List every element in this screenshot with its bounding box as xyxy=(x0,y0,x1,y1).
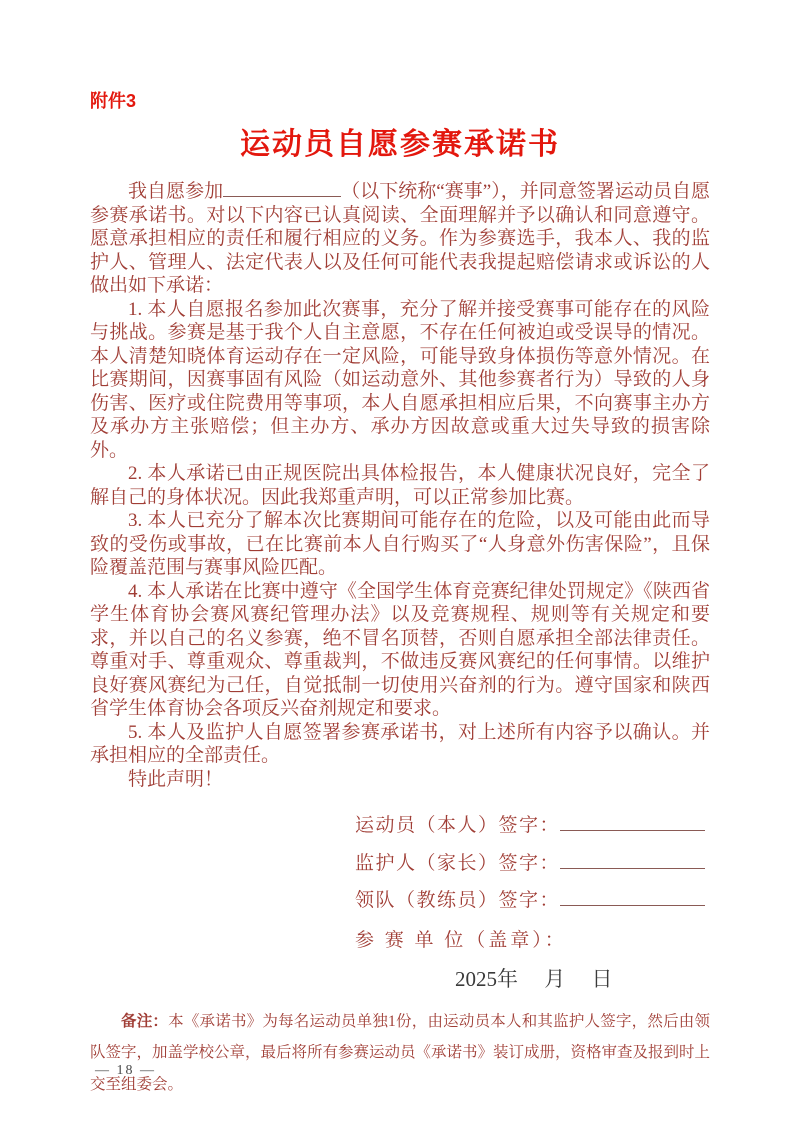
clause-paragraph-5: 5. 本人及监护人自愿签署参赛承诺书，对上述所有内容予以确认。并承担相应的全部责… xyxy=(90,721,710,768)
clause-paragraph-1: 1. 本人自愿报名参加此次赛事，充分了解并接受赛事可能存在的风险与挑战。参赛是基… xyxy=(90,298,710,463)
date-line: 2025年 月 日 xyxy=(455,964,710,994)
note-label: 备注： xyxy=(121,1013,168,1030)
athlete-signature-line: 运动员（本人）签字： xyxy=(355,807,710,845)
document-body: 我自愿参加（以下统称“赛事”），并同意签署运动员自愿参赛承诺书。对以下内容已认真… xyxy=(90,180,710,791)
page-number: — 18 — xyxy=(95,1063,156,1079)
clause-paragraph-4: 4. 本人承诺在比赛中遵守《全国学生体育竞赛纪律处罚规定》《陕西省学生体育协会赛… xyxy=(90,580,710,721)
leader-signature-label: 领队（教练员）签字： xyxy=(355,890,560,911)
clause-paragraph-3: 3. 本人已充分了解本次比赛期间可能存在的危险，以及可能由此而导致的受伤或事故，… xyxy=(90,509,710,580)
page-title: 运动员自愿参赛承诺书 xyxy=(90,126,710,164)
declaration-line: 特此声明！ xyxy=(90,768,710,792)
event-name-fill-in-blank xyxy=(223,180,341,197)
athlete-signature-label: 运动员（本人）签字： xyxy=(355,815,560,836)
note-text: 本《承诺书》为每名运动员单独1份，由运动员本人和其监护人签字，然后由领队签字，加… xyxy=(90,1013,710,1093)
guardian-signature-line: 监护人（家长）签字： xyxy=(355,845,710,883)
guardian-signature-label: 监护人（家长）签字： xyxy=(355,853,560,874)
unit-seal-label: 参 赛 单 位（盖章）： xyxy=(355,924,710,958)
clause-paragraph-2: 2. 本人承诺已由正规医院出具体检报告，本人健康状况良好，完全了解自己的身体状况… xyxy=(90,462,710,509)
intro-paragraph: 我自愿参加（以下统称“赛事”），并同意签署运动员自愿参赛承诺书。对以下内容已认真… xyxy=(90,180,710,298)
attachment-label: 附件3 xyxy=(90,90,710,112)
note-block: 备注：本《承诺书》为每名运动员单独1份，由运动员本人和其监护人签字，然后由领队签… xyxy=(90,1006,710,1101)
leader-signature-line: 领队（教练员）签字： xyxy=(355,882,710,920)
athlete-signature-blank xyxy=(560,814,705,831)
leader-signature-blank xyxy=(560,889,705,906)
guardian-signature-blank xyxy=(560,852,705,869)
intro-prefix: 我自愿参加 xyxy=(128,181,223,202)
signature-block: 运动员（本人）签字： 监护人（家长）签字： 领队（教练员）签字： 参 赛 单 位… xyxy=(355,807,710,994)
document-page: 附件3 运动员自愿参赛承诺书 我自愿参加（以下统称“赛事”），并同意签署运动员自… xyxy=(0,0,800,1131)
